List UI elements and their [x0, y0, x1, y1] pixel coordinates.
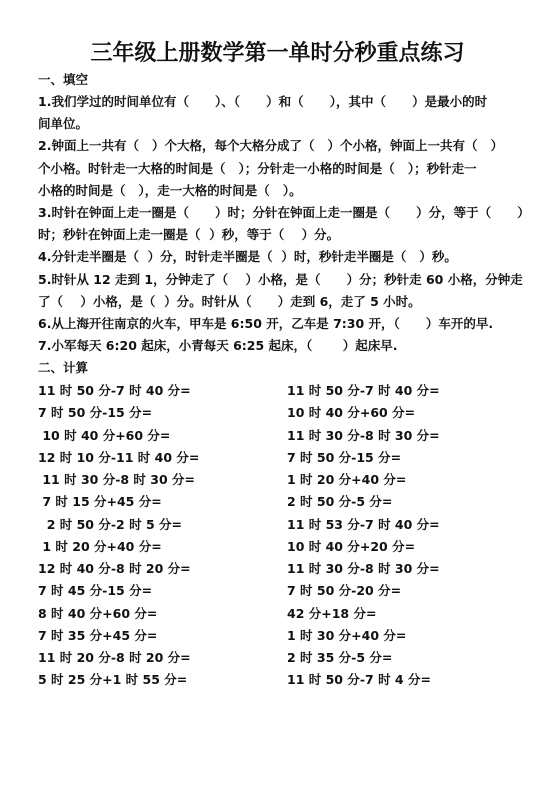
- question-line: 3.时针在钟面上走一圈是（ ）时；分针在钟面上走一圈是（ ）分，等于（ ）: [38, 203, 530, 221]
- calc-item-left: 7 时 35 分+45 分=: [38, 626, 157, 644]
- calc-item-left: 12 时 40 分-8 时 20 分=: [38, 559, 191, 577]
- calc-item-right: 10 时 40 分+20 分=: [287, 537, 415, 555]
- calc-item-right: 11 时 50 分-7 时 4 分=: [287, 670, 431, 688]
- calc-item-right: 1 时 20 分+40 分=: [287, 470, 406, 488]
- question-line: 小格的时间是（ ），走一大格的时间是（ ）。: [38, 181, 302, 199]
- calc-item-right: 11 时 30 分-8 时 30 分=: [287, 426, 440, 444]
- question-line: 时；秒针在钟面上走一圈是（ ）秒，等于（ ）分。: [38, 225, 339, 243]
- calc-item-left: 7 时 45 分-15 分=: [38, 581, 152, 599]
- calc-item-left: 12 时 10 分-11 时 40 分=: [38, 448, 199, 466]
- calc-item-left: 2 时 50 分-2 时 5 分=: [38, 515, 182, 533]
- calc-item-left: 11 时 50 分-7 时 40 分=: [38, 381, 191, 399]
- calc-item-right: 2 时 35 分-5 分=: [287, 648, 392, 666]
- section-heading-fill-blank: 一、填空: [38, 70, 88, 88]
- question-line: 了（ ）小格，是（ ）分。时针从（ ）走到 6，走了 5 小时。: [38, 292, 421, 310]
- calc-item-left: 5 时 25 分+1 时 55 分=: [38, 670, 187, 688]
- question-line: 1.我们学过的时间单位有（ ）、（ ）和（ ），其中（ ）是最小的时: [38, 92, 487, 110]
- question-line: 间单位。: [38, 114, 88, 132]
- calc-item-left: 11 时 30 分-8 时 30 分=: [38, 470, 195, 488]
- calc-item-right: 10 时 40 分+60 分=: [287, 403, 415, 421]
- calc-item-right: 7 时 50 分-15 分=: [287, 448, 401, 466]
- calc-item-left: 1 时 20 分+40 分=: [38, 537, 162, 555]
- question-line: 6.从上海开往南京的火车，甲车是 6:50 开，乙车是 7:30 开，（ ）车开…: [38, 314, 493, 332]
- calc-item-right: 11 时 30 分-8 时 30 分=: [287, 559, 440, 577]
- question-line: 个小格。时针走一大格的时间是（ ）；分针走一小格的时间是（ ）；秒针走一: [38, 159, 477, 177]
- calc-item-left: 7 时 50 分-15 分=: [38, 403, 152, 421]
- calc-item-left: 8 时 40 分+60 分=: [38, 604, 157, 622]
- calc-item-right: 2 时 50 分-5 分=: [287, 492, 392, 510]
- calc-item-right: 11 时 50 分-7 时 40 分=: [287, 381, 440, 399]
- question-line: 2.钟面上一共有（ ）个大格，每个大格分成了（ ）个小格，钟面上一共有（ ）: [38, 136, 503, 154]
- calc-item-right: 11 时 53 分-7 时 40 分=: [287, 515, 440, 533]
- calc-item-right: 42 分+18 分=: [287, 604, 376, 622]
- calc-item-left: 11 时 20 分-8 时 20 分=: [38, 648, 191, 666]
- calc-item-left: 10 时 40 分+60 分=: [38, 426, 170, 444]
- question-line: 5.时针从 12 走到 1，分钟走了（ ）小格，是（ ）分；秒针走 60 小格，…: [38, 270, 523, 288]
- question-line: 4.分针走半圈是（ ）分，时针走半圈是（ ）时，秒针走半圈是（ ）秒。: [38, 247, 457, 265]
- calc-item-right: 7 时 50 分-20 分=: [287, 581, 401, 599]
- question-line: 7.小军每天 6:20 起床，小青每天 6:25 起床，（ ）起床早.: [38, 336, 398, 354]
- section-heading-calculation: 二、计算: [38, 358, 88, 376]
- calc-item-right: 1 时 30 分+40 分=: [287, 626, 406, 644]
- calc-item-left: 7 时 15 分+45 分=: [38, 492, 162, 510]
- page-title: 三年级上册数学第一单时分秒重点练习: [0, 36, 555, 67]
